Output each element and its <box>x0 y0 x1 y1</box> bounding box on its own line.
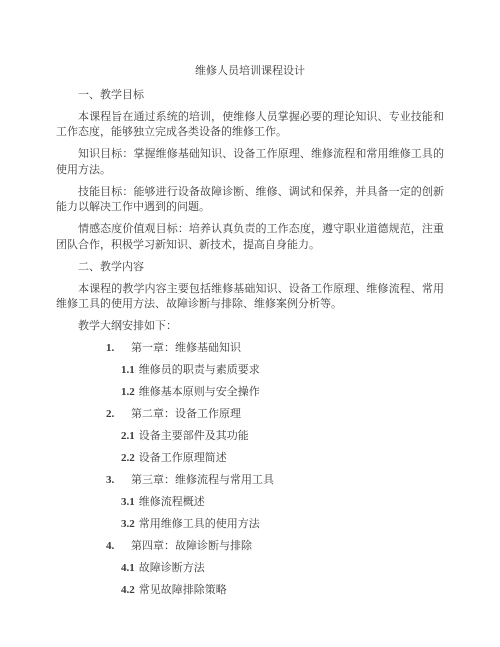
outline-subitem-2-2: 2.2设备工作原理简述 <box>121 451 444 467</box>
document-content: 维修人员培训课程设计 一、教学目标 本课程旨在通过系统的培训，使维修人员掌握必要… <box>0 0 500 599</box>
subitem-text: 维修员的职责与素质要求 <box>139 364 260 376</box>
subitem-number: 4.2 <box>121 584 135 596</box>
subitem-text: 设备工作原理简述 <box>139 452 227 464</box>
chapter-title: 第四章：故障诊断与排除 <box>131 539 444 555</box>
chapter-title: 第二章：设备工作原理 <box>131 407 444 423</box>
paragraph-skill-goal: 技能目标：能够进行设备故障诊断、维修、调试和保养，并具备一定的创新能力以解决工作… <box>56 185 444 216</box>
paragraph-course-intro: 本课程旨在通过系统的培训，使维修人员掌握必要的理论知识、专业技能和工作态度，能够… <box>56 110 444 141</box>
paragraph-outline-lead: 教学大纲安排如下： <box>56 319 444 335</box>
outline-subitem-3-2: 3.2常用维修工具的使用方法 <box>121 517 444 533</box>
subitem-text: 设备主要部件及其功能 <box>139 430 249 442</box>
outline-subitem-1-2: 1.2维修基本原则与安全操作 <box>121 385 444 401</box>
outline-chapter-3: 3. 第三章：维修流程与常用工具 <box>106 473 444 489</box>
outline-chapter-4: 4. 第四章：故障诊断与排除 <box>106 539 444 555</box>
document-page: 维修人员培训课程设计 一、教学目标 本课程旨在通过系统的培训，使维修人员掌握必要… <box>0 0 500 647</box>
outline-chapter-1: 1. 第一章：维修基础知识 <box>106 341 444 357</box>
outline-subitem-1-1: 1.1维修员的职责与素质要求 <box>121 363 444 379</box>
subitem-text: 故障诊断方法 <box>139 562 205 574</box>
subitem-number: 2.2 <box>121 452 135 464</box>
chapter-number: 2. <box>106 407 131 423</box>
outline-subitem-2-1: 2.1设备主要部件及其功能 <box>121 429 444 445</box>
subitem-number: 2.1 <box>121 430 135 442</box>
subitem-number: 3.2 <box>121 518 135 530</box>
subitem-number: 1.1 <box>121 364 135 376</box>
outline-subitem-4-2: 4.2常见故障排除策略 <box>121 583 444 599</box>
paragraph-content-overview: 本课程的教学内容主要包括维修基础知识、设备工作原理、维修流程、常用维修工具的使用… <box>56 282 444 313</box>
section-heading-content: 二、教学内容 <box>56 260 444 276</box>
chapter-title: 第三章：维修流程与常用工具 <box>131 473 444 489</box>
subitem-text: 常用维修工具的使用方法 <box>139 518 260 530</box>
chapter-number: 1. <box>106 341 131 357</box>
section-heading-objectives: 一、教学目标 <box>56 88 444 104</box>
outline-subitem-3-1: 3.1维修流程概述 <box>121 495 444 511</box>
paragraph-attitude-goal: 情感态度价值观目标：培养认真负责的工作态度，遵守职业道德规范，注重团队合作，积极… <box>56 222 444 253</box>
subitem-number: 4.1 <box>121 562 135 574</box>
subitem-number: 3.1 <box>121 496 135 508</box>
paragraph-knowledge-goal: 知识目标：掌握维修基础知识、设备工作原理、维修流程和常用维修工具的使用方法。 <box>56 147 444 178</box>
chapter-title: 第一章：维修基础知识 <box>131 341 444 357</box>
subitem-number: 1.2 <box>121 386 135 398</box>
chapter-number: 3. <box>106 473 131 489</box>
subitem-text: 维修流程概述 <box>139 496 205 508</box>
subitem-text: 常见故障排除策略 <box>139 584 227 596</box>
outline-subitem-4-1: 4.1故障诊断方法 <box>121 561 444 577</box>
subitem-text: 维修基本原则与安全操作 <box>139 386 260 398</box>
document-title: 维修人员培训课程设计 <box>56 64 444 80</box>
outline-chapter-2: 2. 第二章：设备工作原理 <box>106 407 444 423</box>
chapter-number: 4. <box>106 539 131 555</box>
